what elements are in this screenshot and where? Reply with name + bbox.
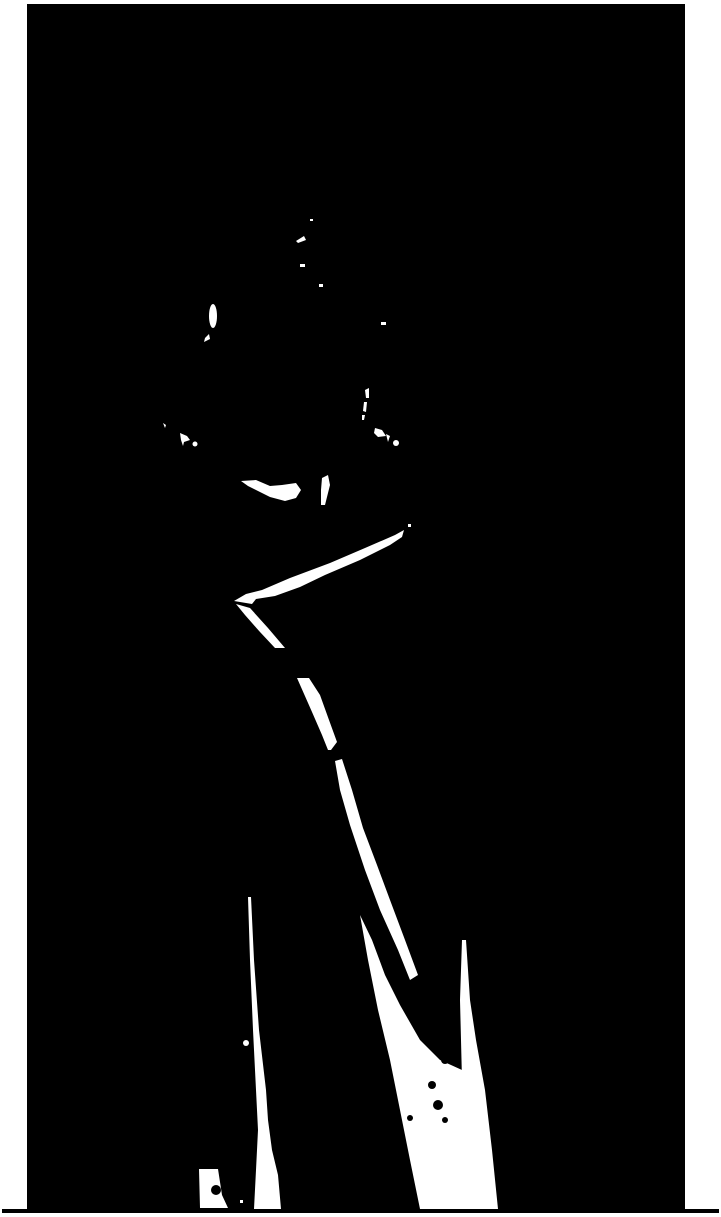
black-field xyxy=(27,4,685,1209)
binary-image xyxy=(0,0,721,1217)
bottom-baseline xyxy=(2,1209,719,1213)
